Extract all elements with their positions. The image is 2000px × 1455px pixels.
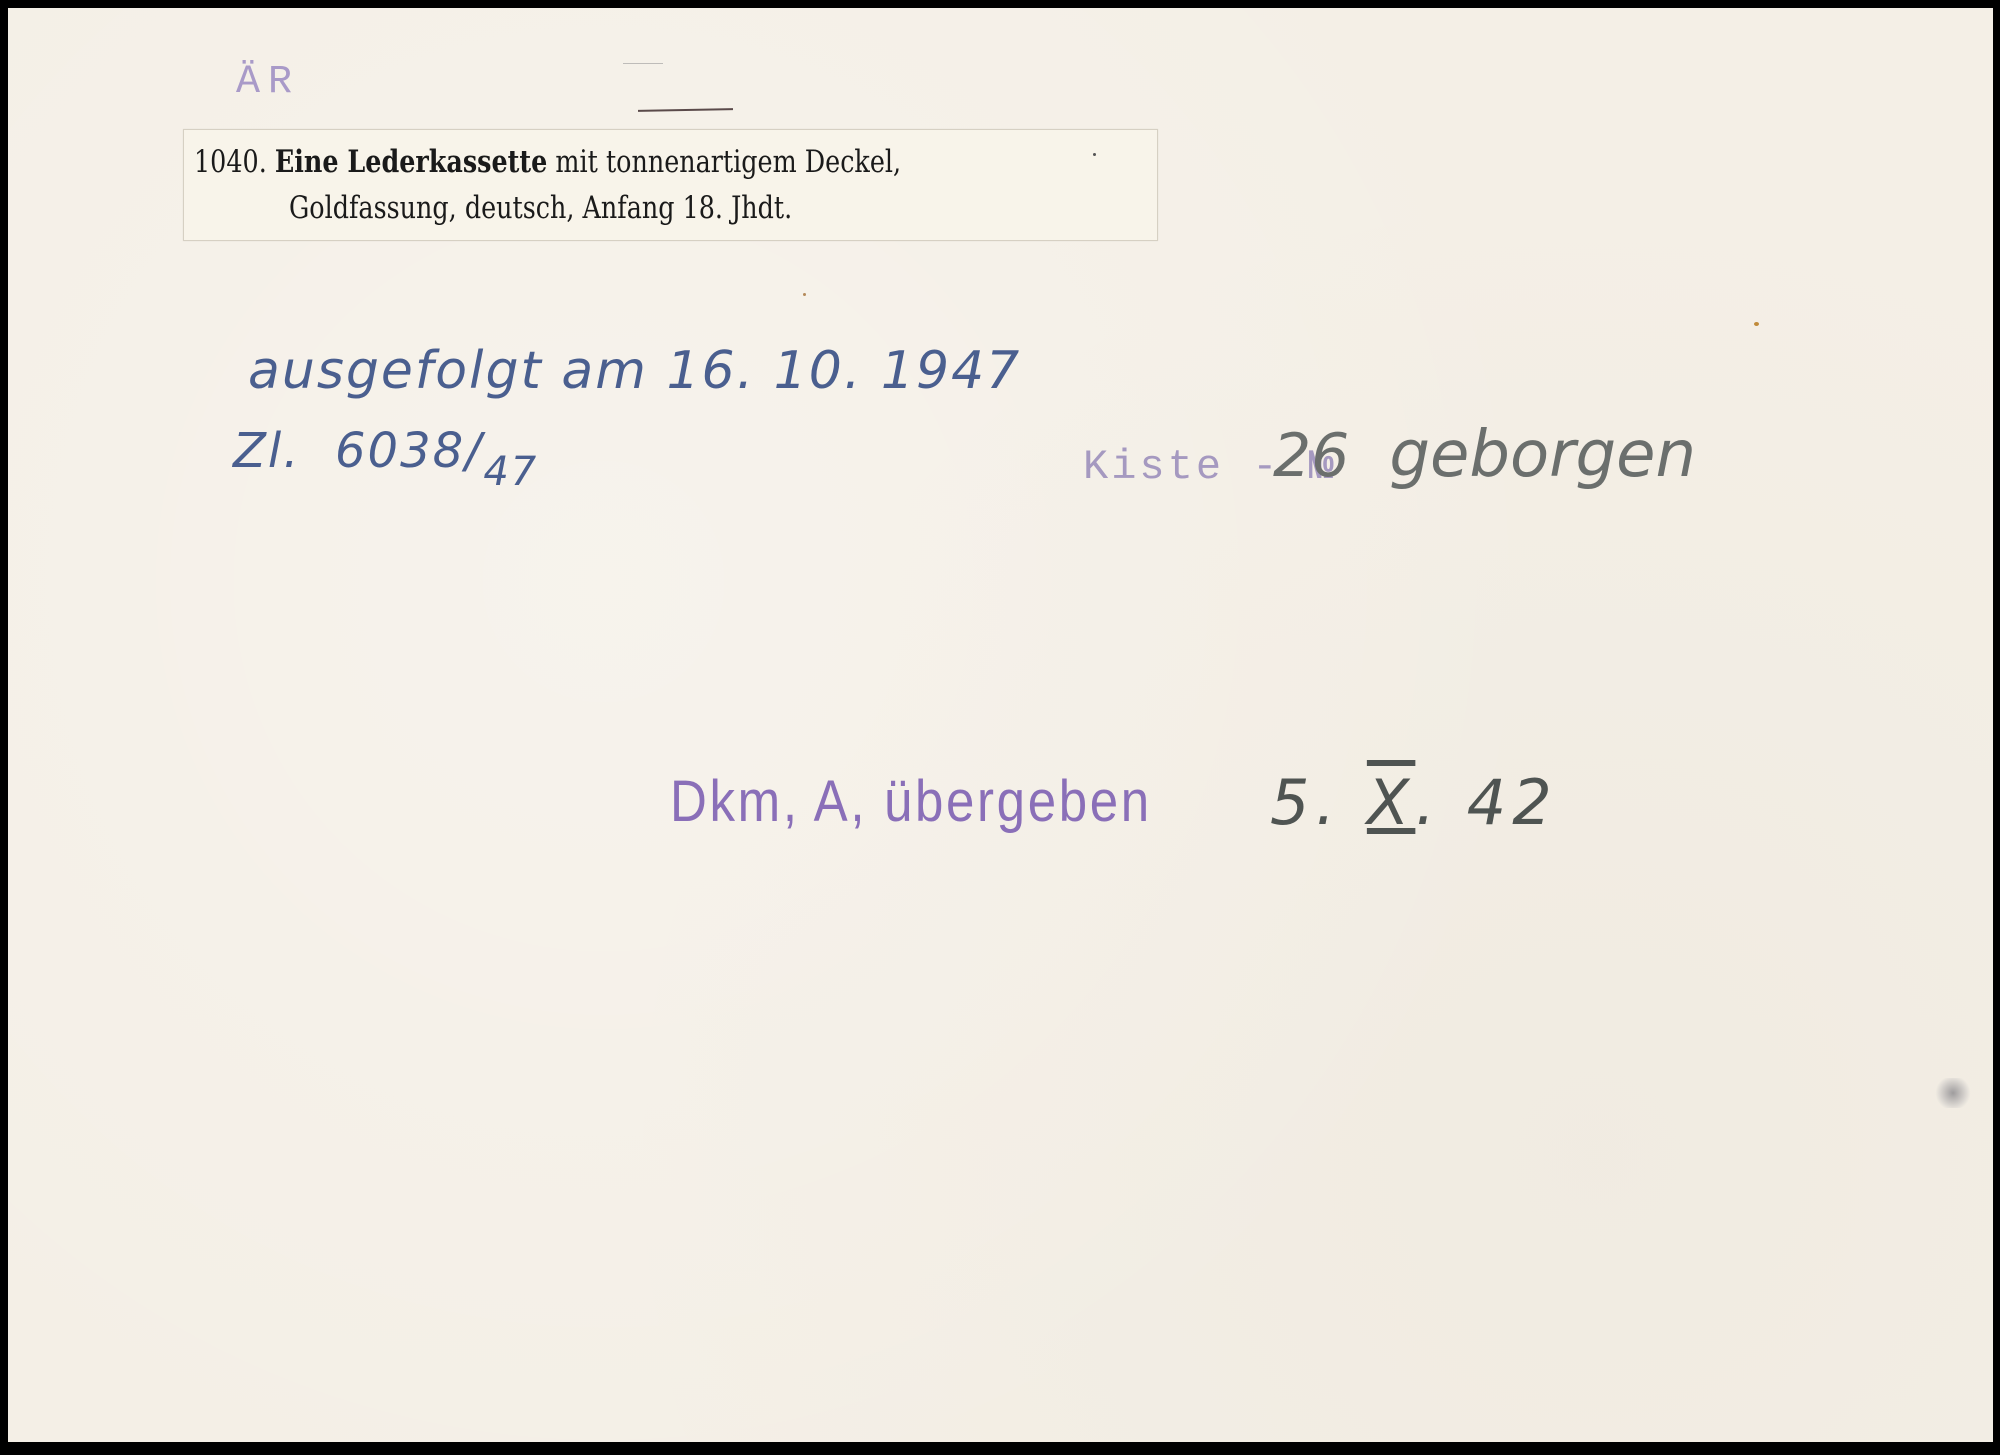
handwritten-release-note: ausgefolgt am 16. 10. 1947	[248, 341, 1021, 401]
catalog-description: mit tonnenartigem Deckel,	[555, 144, 901, 180]
pencil-mark-faint	[623, 63, 663, 64]
catalog-title: Eine Lederkassette	[275, 144, 547, 180]
date-day: 5.	[1270, 766, 1341, 839]
catalog-label-line1: 1040. Eine Lederkassette mit tonnenartig…	[194, 144, 901, 180]
date-year: . 42	[1415, 766, 1557, 839]
crate-number: 26	[1273, 421, 1349, 491]
reference-prefix: Zl.	[233, 423, 300, 479]
date-month: X	[1367, 766, 1415, 839]
crate-label: Kiste -	[1083, 443, 1280, 491]
pencil-mark	[638, 108, 733, 112]
stamp-initials: ÄR	[236, 60, 300, 105]
handwritten-transfer-date: 5. X. 42	[1270, 766, 1558, 839]
catalog-label-line2: Goldfassung, deutsch, Anfang 18. Jhdt.	[289, 190, 792, 226]
paper-speck	[1754, 322, 1759, 326]
transfer-stamp: Dkm, A, übergeben	[670, 768, 1152, 835]
catalog-number: 1040.	[194, 144, 267, 180]
handwritten-reference-number: Zl. 6038/47	[233, 423, 538, 495]
paper-speck	[1093, 153, 1096, 156]
paper-speck	[803, 293, 806, 296]
handwritten-crate-entry: 26geborgen	[1273, 418, 1696, 492]
salvaged-word: geborgen	[1389, 418, 1696, 492]
archive-card: ÄR 1040. Eine Lederkassette mit tonnenar…	[8, 8, 1993, 1442]
ink-smudge	[1933, 1078, 1973, 1108]
reference-year: 47	[483, 449, 538, 495]
catalog-label-clipping: 1040. Eine Lederkassette mit tonnenartig…	[183, 129, 1158, 241]
reference-number: 6038/	[335, 423, 483, 479]
